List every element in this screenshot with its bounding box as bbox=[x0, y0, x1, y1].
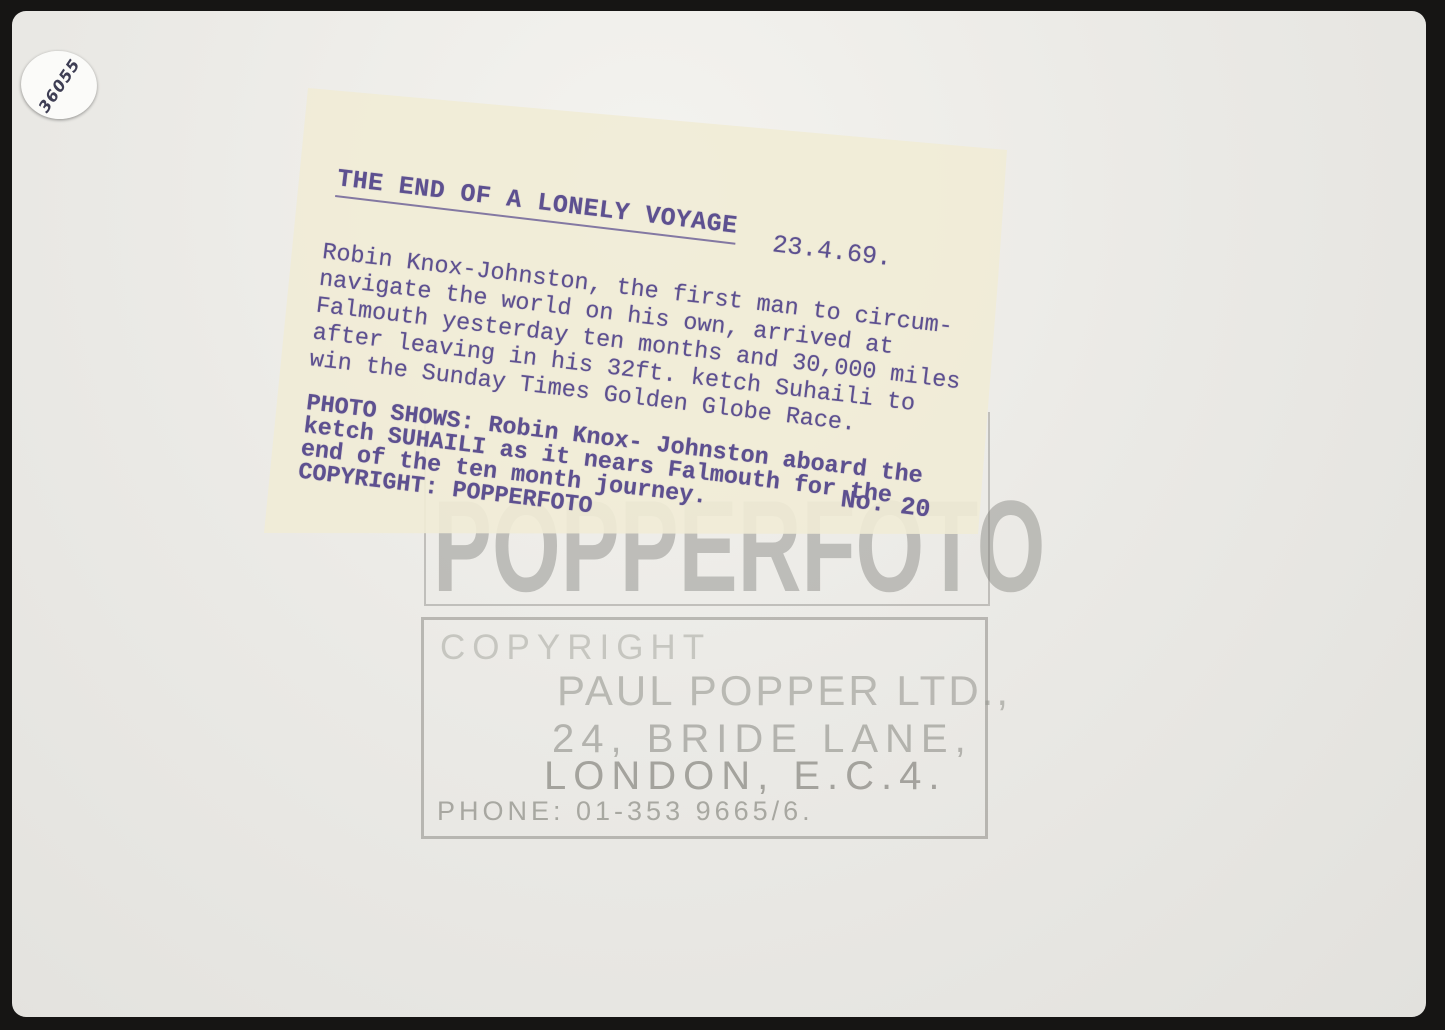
stamp-city-line: LONDON, E.C.4. bbox=[544, 754, 947, 799]
caption-date: 23.4.69. bbox=[771, 230, 894, 273]
photo-back-paper: POPPERFOTO COPYRIGHT PAUL POPPER LTD., 2… bbox=[12, 11, 1426, 1017]
stamp-copyright-line: COPYRIGHT bbox=[440, 628, 711, 668]
archive-number: 36055 bbox=[34, 55, 84, 116]
stamp-company-line: PAUL POPPER LTD., bbox=[557, 667, 1011, 715]
stamp-phone-line: PHONE: 01-353 9665/6. bbox=[437, 796, 814, 827]
copyright-stamp-box: COPYRIGHT PAUL POPPER LTD., 24, BRIDE LA… bbox=[421, 617, 988, 839]
caption-title: THE END OF A LONELY VOYAGE bbox=[335, 164, 739, 244]
caption-text-block: THE END OF A LONELY VOYAGE 23.4.69. Robi… bbox=[252, 86, 1003, 636]
scan-frame: POPPERFOTO COPYRIGHT PAUL POPPER LTD., 2… bbox=[0, 0, 1445, 1030]
